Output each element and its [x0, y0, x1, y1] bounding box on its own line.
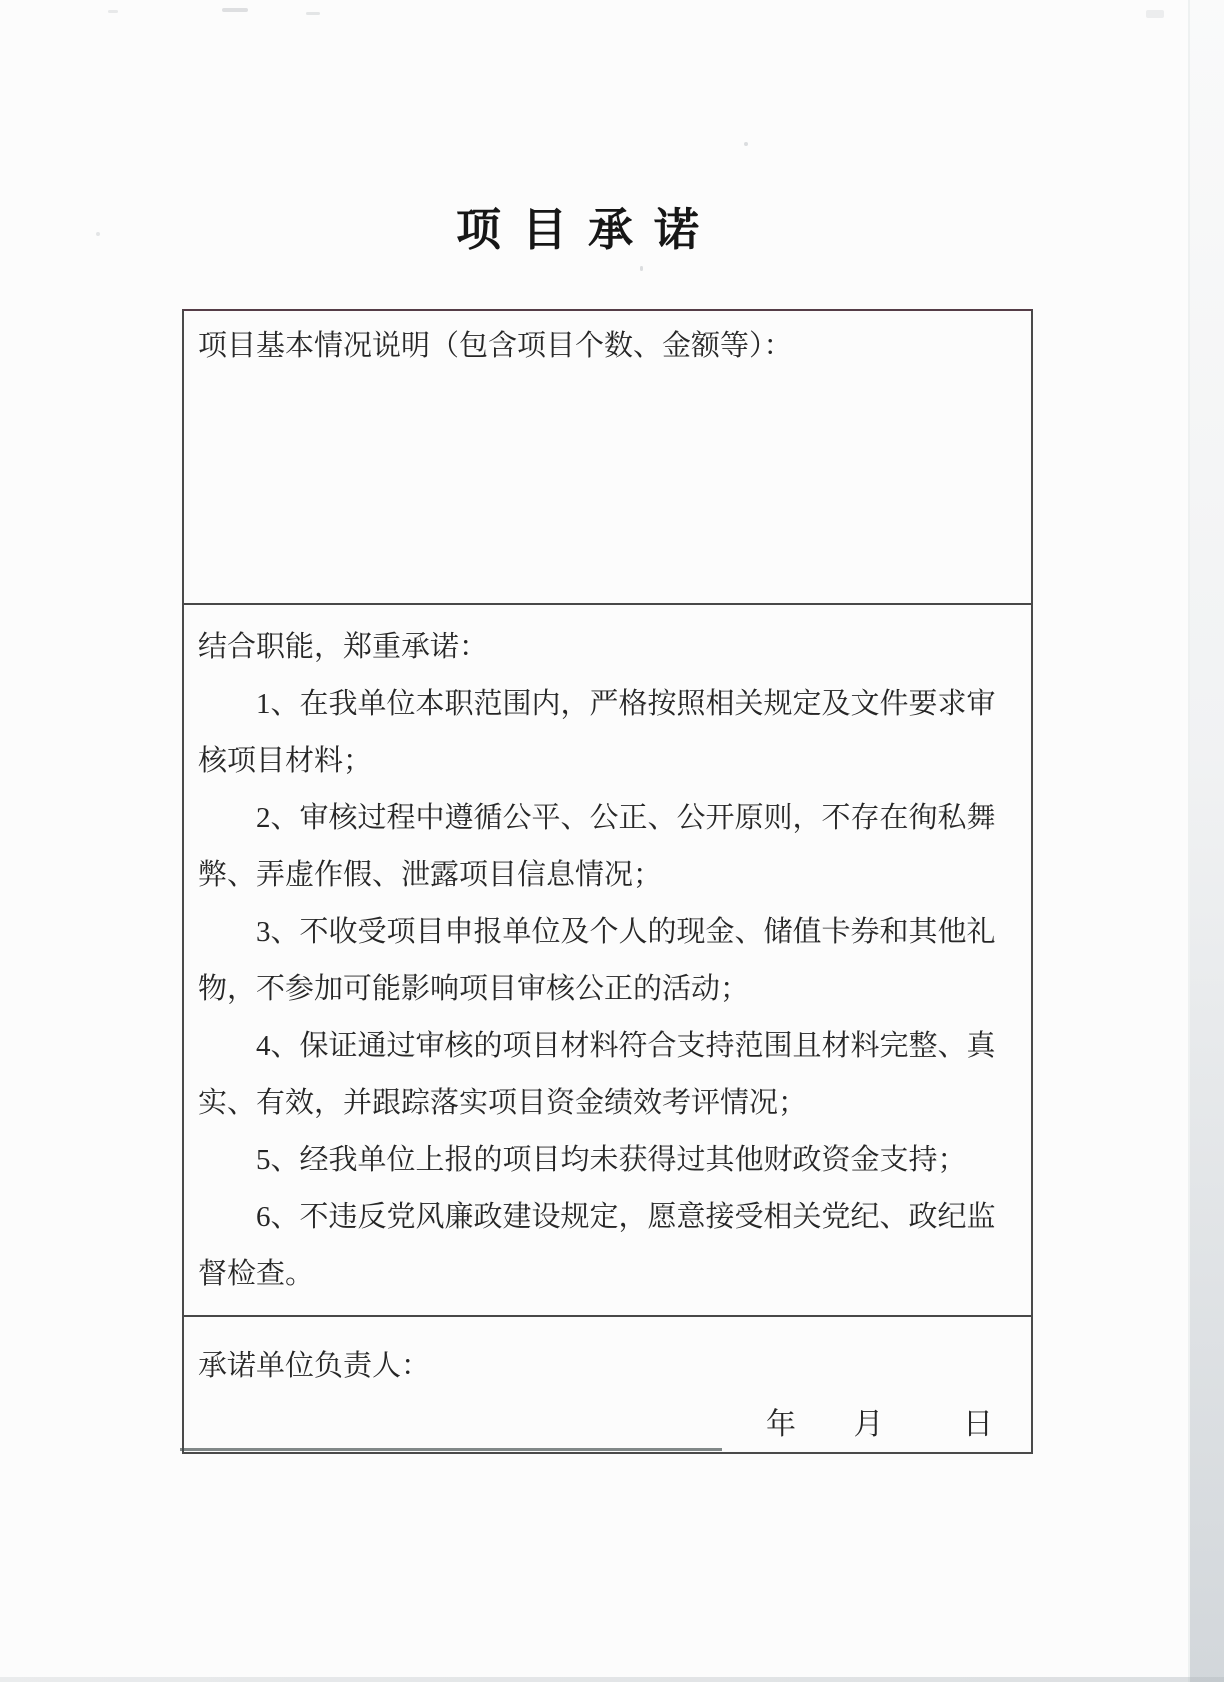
page-bottom-edge [0, 1677, 1224, 1682]
commitment-line: 2、审核过程中遵循公平、公正、公开原则，不存在徇私舞 [198, 790, 1017, 847]
signer-label: 承诺单位负责人： [198, 1347, 1017, 1385]
commitment-line: 弊、弄虚作假、泄露项目信息情况； [198, 847, 1017, 904]
commitments-cell: 结合职能，郑重承诺：1、在我单位本职范围内，严格按照相关规定及文件要求审核项目材… [184, 605, 1031, 1317]
commitment-line: 6、不违反党风廉政建设规定，愿意接受相关党纪、政纪监 [198, 1189, 1017, 1246]
basic-info-label: 项目基本情况说明（包含项目个数、金额等）： [198, 327, 1017, 365]
scan-speck [108, 10, 118, 13]
date-line: 年 月 日 [766, 1406, 1031, 1444]
scan-speck [640, 266, 643, 271]
commitment-line: 3、不收受项目申报单位及个人的现金、储值卡券和其他礼 [198, 904, 1017, 961]
signature-cell: 承诺单位负责人： 年 月 日 [184, 1317, 1031, 1452]
scan-speck [306, 12, 320, 15]
date-month-label: 月 [854, 1406, 884, 1444]
commitment-form-table: 项目基本情况说明（包含项目个数、金额等）： 结合职能，郑重承诺：1、在我单位本职… [182, 309, 1033, 1454]
commitment-line: 结合职能，郑重承诺： [198, 619, 1017, 676]
commitment-line: 4、保证通过审核的项目材料符合支持范围且材料完整、真 [198, 1018, 1017, 1075]
scan-speck [1146, 10, 1164, 18]
document-title: 项目承诺 [0, 204, 1200, 256]
scan-speck [744, 142, 748, 146]
commitment-line: 核项目材料； [198, 733, 1017, 790]
scanned-page: 项目承诺 项目基本情况说明（包含项目个数、金额等）： 结合职能，郑重承诺：1、在… [0, 0, 1224, 1682]
commitment-line: 物，不参加可能影响项目审核公正的活动； [198, 961, 1017, 1018]
date-year-label: 年 [766, 1406, 796, 1444]
commitment-line: 实、有效，并跟踪落实项目资金绩效考评情况； [198, 1075, 1017, 1132]
commitment-line: 5、经我单位上报的项目均未获得过其他财政资金支持； [198, 1132, 1017, 1189]
basic-info-cell: 项目基本情况说明（包含项目个数、金额等）： [184, 311, 1031, 605]
commitment-line: 1、在我单位本职范围内，严格按照相关规定及文件要求审 [198, 676, 1017, 733]
date-day-label: 日 [963, 1406, 993, 1444]
table-bottom-smudge [180, 1448, 722, 1451]
commitment-line: 督检查。 [198, 1246, 1017, 1303]
scan-speck [222, 8, 248, 12]
